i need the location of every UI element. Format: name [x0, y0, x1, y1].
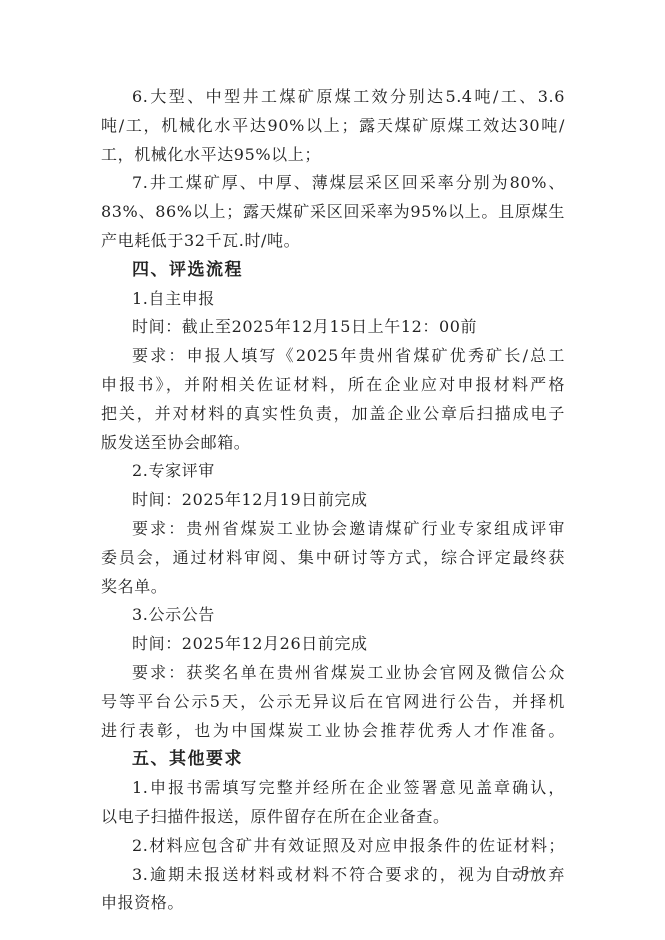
text-line: 2.专家评审 [101, 457, 565, 486]
text-line: 要求：申报人填写《2025年贵州省煤矿优秀矿长/总工 [101, 342, 565, 371]
text-line: 6.大型、中型井工煤矿原煤工效分别达5.4吨/工、3.6 [101, 83, 565, 112]
text-line: 产电耗低于32千瓦.时/吨。 [101, 227, 565, 256]
text-line: 申报资格。 [101, 889, 565, 918]
text-line: 进行表彰，也为中国煤炭工业协会推荐优秀人才作准备。 [101, 717, 565, 746]
text-line: 号等平台公示5天，公示无异议后在官网进行公告，并择机 [101, 688, 565, 717]
text-line: 以电子扫描件报送，原件留存在所在企业备查。 [101, 803, 565, 832]
text-line: 时间：2025年12月19日前完成 [101, 486, 565, 515]
text-line: 7.井工煤矿厚、中厚、薄煤层采区回采率分别为80%、 [101, 169, 565, 198]
text-line: 2.材料应包含矿井有效证照及对应申报条件的佐证材料； [101, 832, 565, 861]
text-line: 3.逾期未报送材料或材料不符合要求的，视为自动放弃 [101, 861, 565, 890]
text-line: 3.公示公告 [101, 601, 565, 630]
section-heading: 四、评选流程 [101, 256, 565, 285]
text-line: 委员会，通过材料审阅、集中研讨等方式，综合评定最终获 [101, 544, 565, 573]
text-line: 1.申报书需填写完整并经所在企业签署意见盖章确认， [101, 774, 565, 803]
text-line: 要求：贵州省煤炭工业协会邀请煤矿行业专家组成评审 [101, 515, 565, 544]
text-line: 时间：2025年12月26日前完成 [101, 630, 565, 659]
document-body: 6.大型、中型井工煤矿原煤工效分别达5.4吨/工、3.6吨/工，机械化水平达90… [101, 83, 565, 918]
page-number: —3— [508, 864, 543, 880]
section-heading: 五、其他要求 [101, 745, 565, 774]
text-line: 时间：截止至2025年12月15日上午12：00前 [101, 313, 565, 342]
text-line: 要求：获奖名单在贵州省煤炭工业协会官网及微信公众 [101, 659, 565, 688]
text-line: 83%、86%以上；露天煤矿采区回采率为95%以上。且原煤生 [101, 198, 565, 227]
text-line: 版发送至协会邮箱。 [101, 429, 565, 458]
text-line: 把关，并对材料的真实性负责，加盖企业公章后扫描成电子 [101, 400, 565, 429]
text-line: 吨/工，机械化水平达90%以上；露天煤矿原煤工效达30吨/ [101, 112, 565, 141]
text-line: 工，机械化水平达95%以上； [101, 141, 565, 170]
document-page: 6.大型、中型井工煤矿原煤工效分别达5.4吨/工、3.6吨/工，机械化水平达90… [101, 83, 565, 918]
text-line: 申报书》，并附相关佐证材料，所在企业应对申报材料严格 [101, 371, 565, 400]
text-line: 1.自主申报 [101, 285, 565, 314]
text-line: 奖名单。 [101, 573, 565, 602]
